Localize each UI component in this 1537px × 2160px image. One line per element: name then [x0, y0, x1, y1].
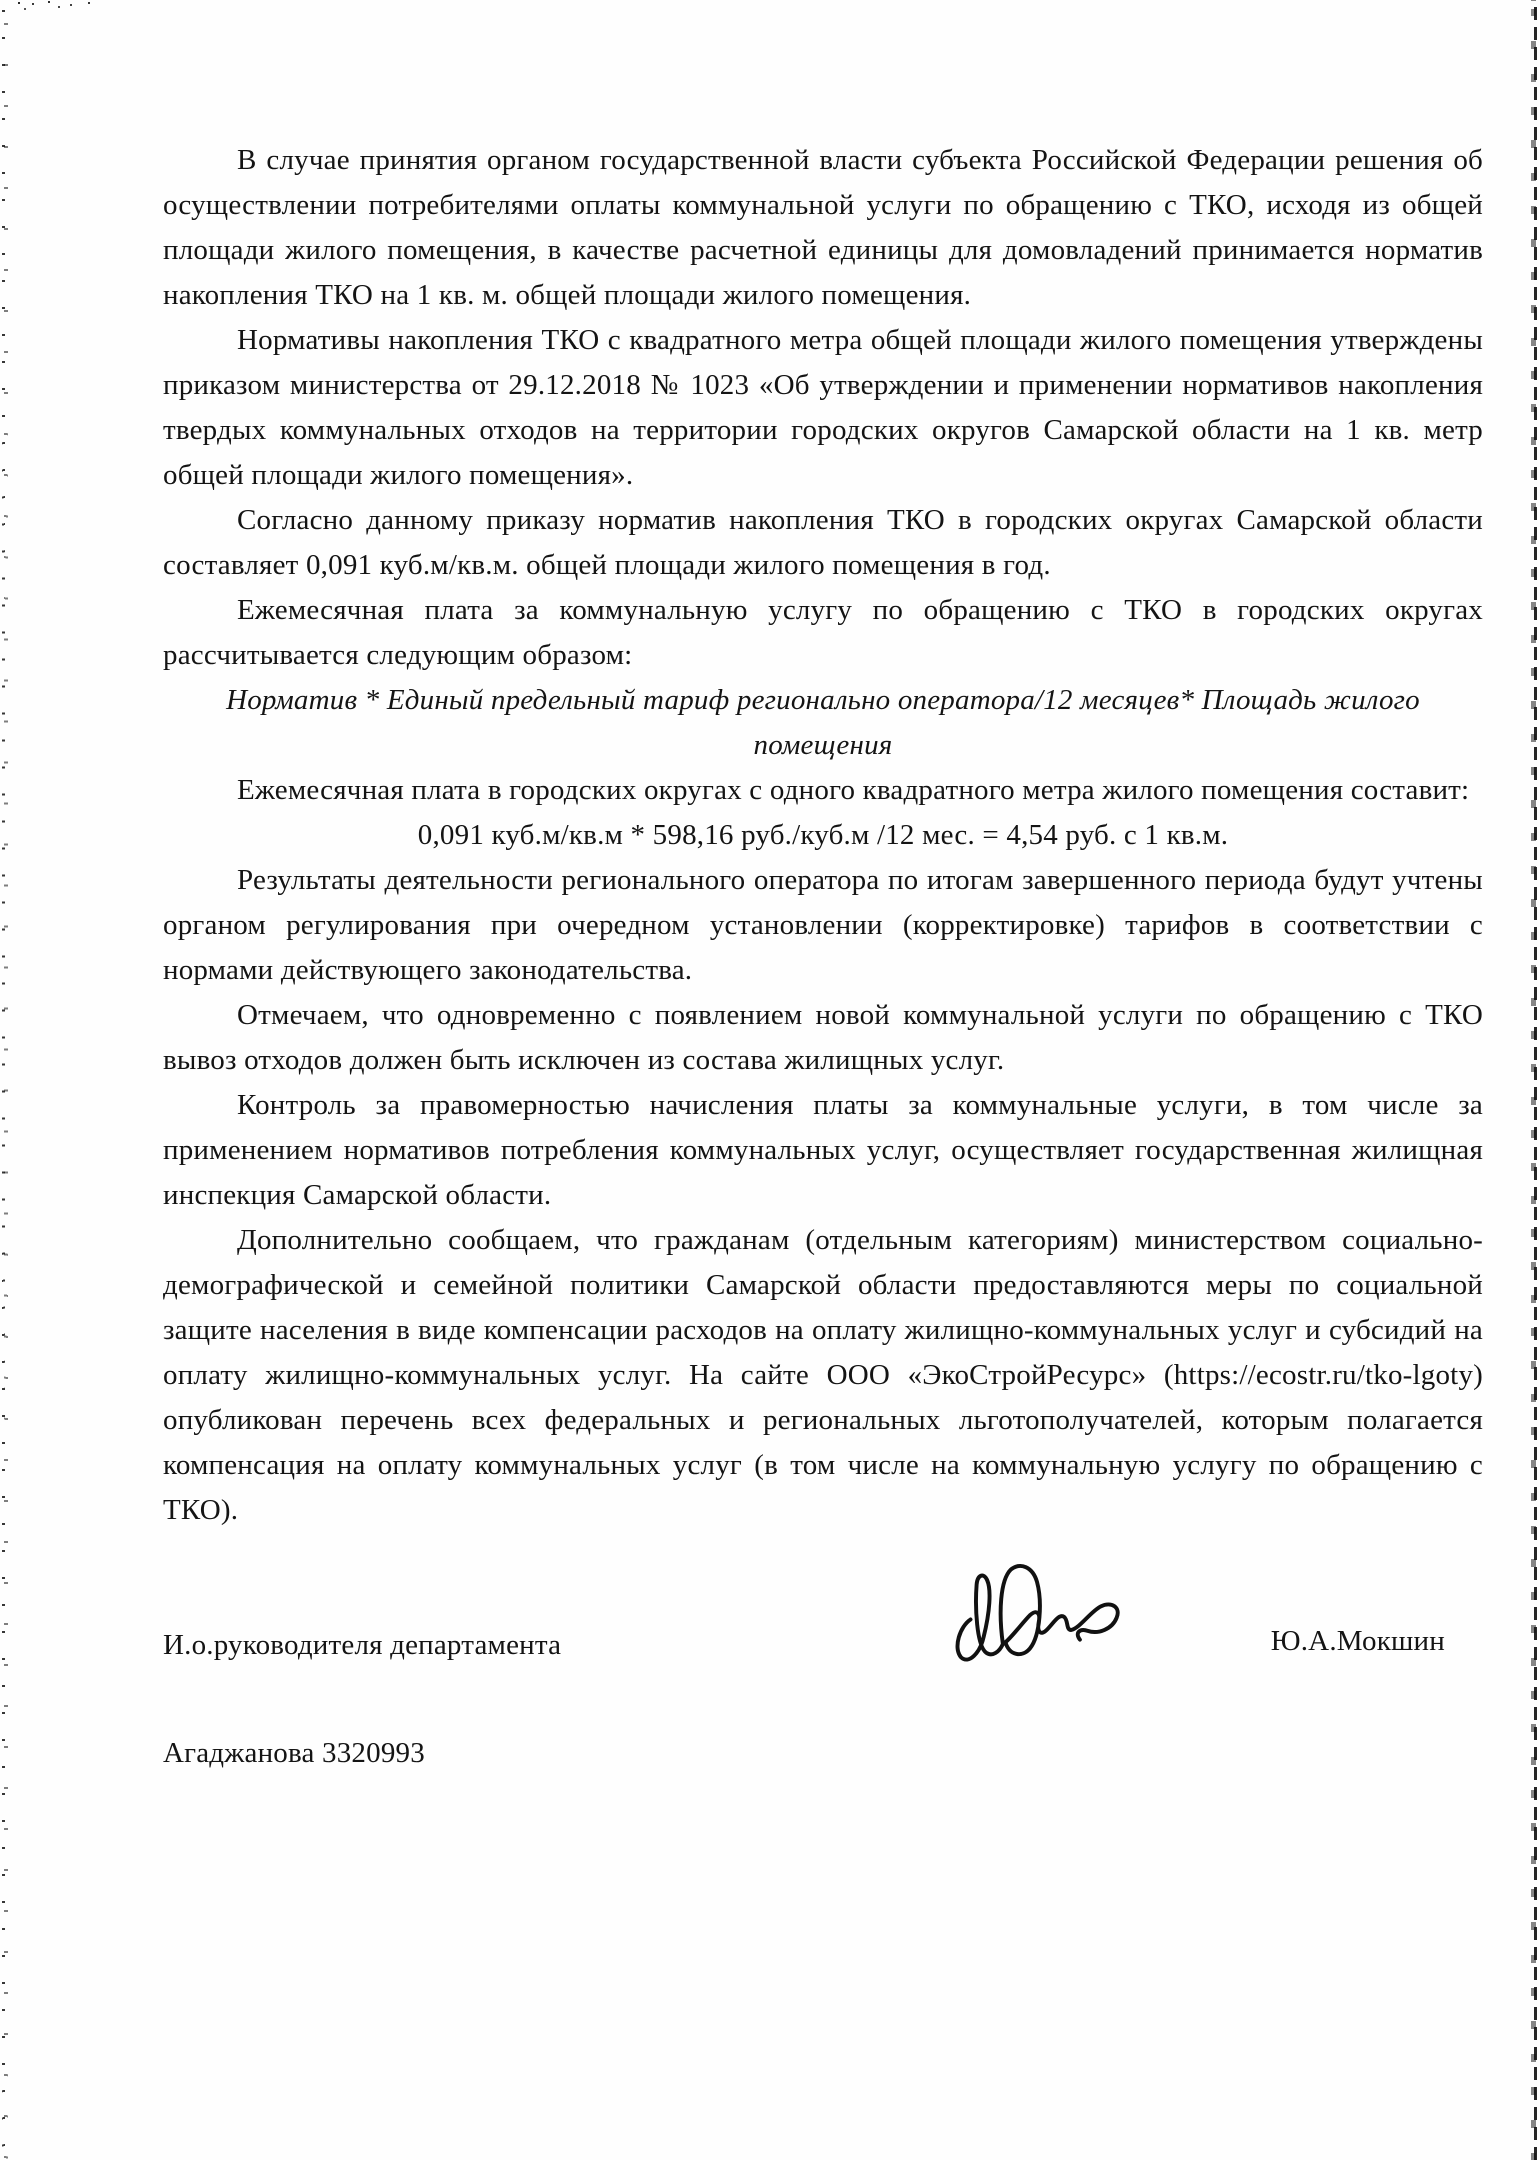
- paragraph-exclusion-from-housing-services: Отмечаем, что одновременно с появлением …: [163, 993, 1483, 1083]
- executor-contact: Агаджанова 3320993: [163, 1731, 1483, 1776]
- paragraph-monthly-fee-intro: Ежемесячная плата за коммунальную услугу…: [163, 588, 1483, 678]
- scan-noise-right-edge: [1530, 0, 1537, 2160]
- signatory-title: И.о.руководителя департамента: [163, 1623, 561, 1668]
- paragraph-housing-inspection-control: Контроль за правомерностью начисления пл…: [163, 1083, 1483, 1218]
- monthly-fee-calculation: 0,091 куб.м/кв.м * 598,16 руб./куб.м /12…: [163, 813, 1483, 858]
- paragraph-regulation-results: Результаты деятельности регионального оп…: [163, 858, 1483, 993]
- tariff-formula: Норматив * Единый предельный тариф регио…: [163, 678, 1483, 768]
- paragraph-fee-per-sqm-intro: Ежемесячная плата в городских округах с …: [163, 768, 1483, 813]
- signature-block: И.о.руководителя департамента Ю.А.Мокшин: [163, 1581, 1483, 1731]
- paragraph-tko-payment-basis: В случае принятия органом государственно…: [163, 138, 1483, 318]
- letter-body: В случае принятия органом государственно…: [163, 138, 1483, 1776]
- signatory-name: Ю.А.Мокшин: [1271, 1619, 1445, 1664]
- paragraph-norm-value: Согласно данному приказу норматив накопл…: [163, 498, 1483, 588]
- paragraph-order-1023: Нормативы накопления ТКО с квадратного м…: [163, 318, 1483, 498]
- scan-specks-top-left: [18, 2, 20, 4]
- paragraph-social-support-info: Дополнительно сообщаем, что гражданам (о…: [163, 1218, 1483, 1533]
- handwritten-signature-icon: [925, 1557, 1135, 1703]
- scanned-letter-page: В случае принятия органом государственно…: [0, 0, 1537, 2160]
- scan-noise-left-edge: [1, 0, 8, 2160]
